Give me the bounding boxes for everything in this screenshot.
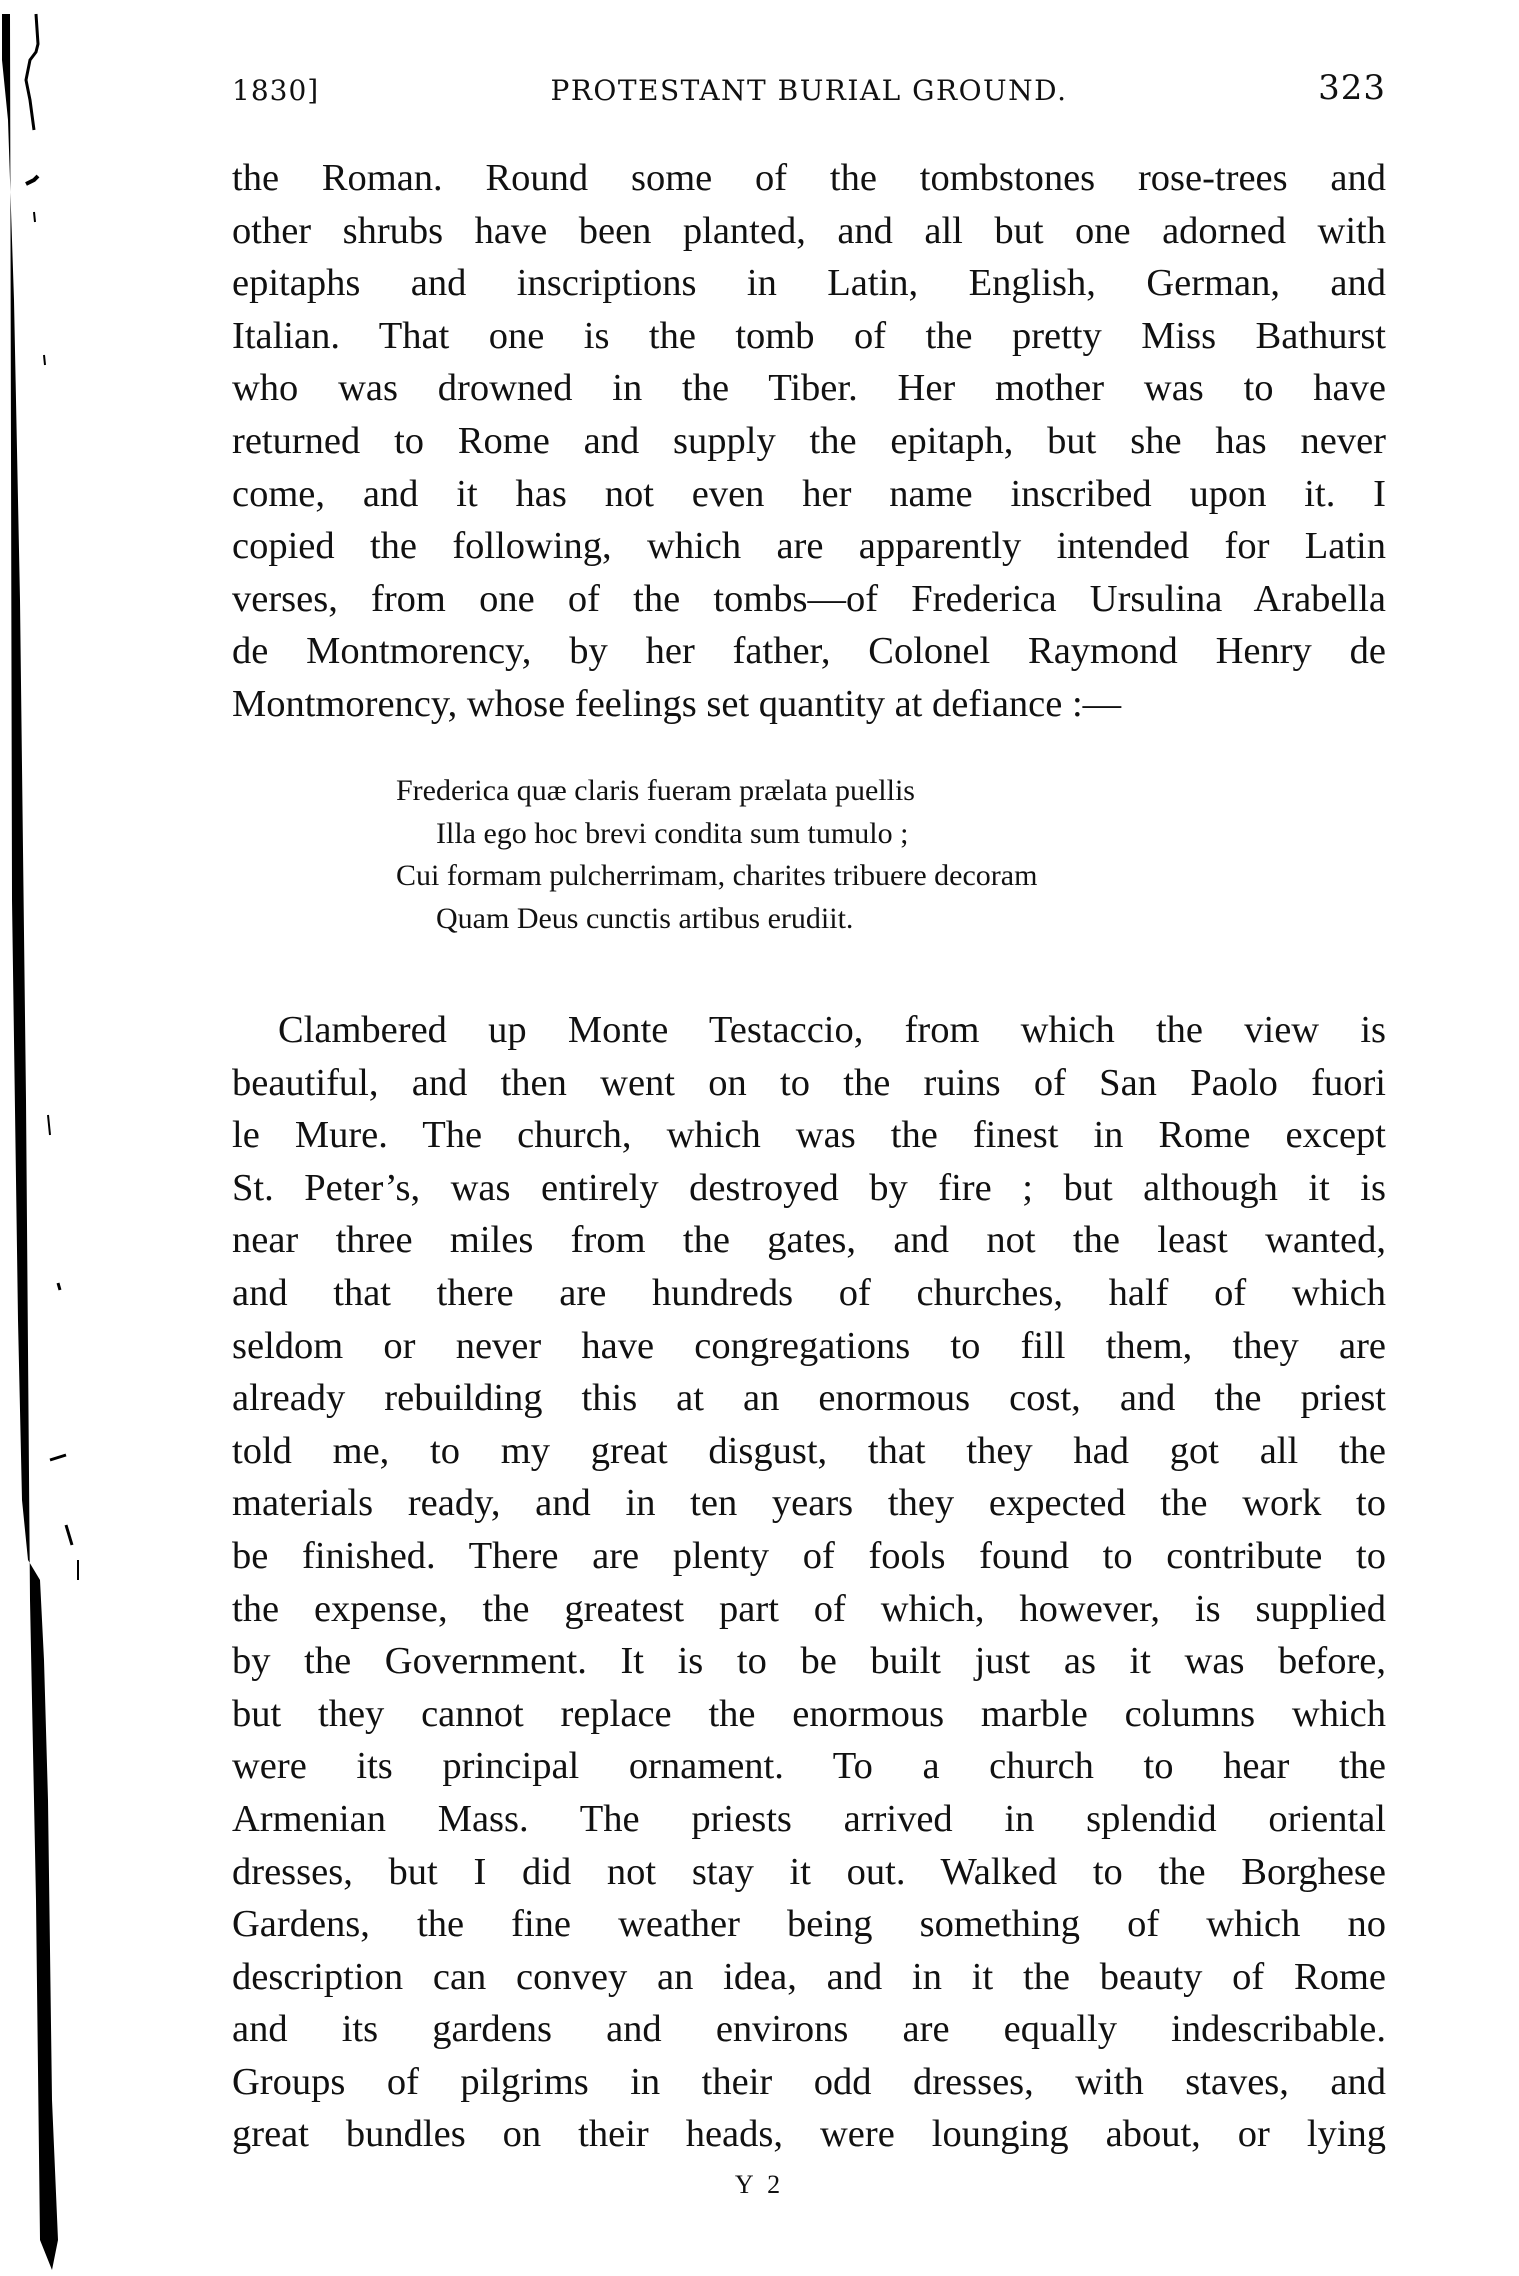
page-number: 323 (1318, 68, 1386, 108)
text-line: the expense, the greatest part of which,… (232, 1583, 1386, 1636)
text-line: told me, to my great disgust, that they … (232, 1425, 1386, 1478)
text-line: le Mure. The church, which was the fines… (232, 1109, 1386, 1162)
text-line: near three miles from the gates, and not… (232, 1214, 1386, 1267)
book-page: 1830] PROTESTANT BURIAL GROUND. 323 the … (0, 0, 1519, 2276)
running-header: 1830] PROTESTANT BURIAL GROUND. 323 (232, 66, 1386, 116)
text-line: Italian. That one is the tomb of the pre… (232, 310, 1386, 363)
latin-epitaph-verse: Frederica quæ claris fueram prælata puel… (396, 770, 1037, 940)
text-line: the Roman. Round some of the tombstones … (232, 152, 1386, 205)
text-line: returned to Rome and supply the epitaph,… (232, 415, 1386, 468)
paragraph-protestant-burial-ground: the Roman. Round some of the tombstones … (232, 152, 1386, 731)
text-line: other shrubs have been planted, and all … (232, 205, 1386, 258)
verse-line: Cui formam pulcherrimam, charites tribue… (396, 855, 1037, 898)
text-line: Clambered up Monte Testaccio, from which… (232, 1004, 1386, 1057)
text-line: Armenian Mass. The priests arrived in sp… (232, 1793, 1386, 1846)
text-line: Gardens, the fine weather being somethin… (232, 1898, 1386, 1951)
verse-line: Quam Deus cunctis artibus erudiit. (396, 898, 1037, 941)
text-line: but they cannot replace the enormous mar… (232, 1688, 1386, 1741)
text-line: copied the following, which are apparent… (232, 520, 1386, 573)
text-line: description can convey an idea, and in i… (232, 1951, 1386, 2004)
text-line: de Montmorency, by her father, Colonel R… (232, 625, 1386, 678)
paragraph-monte-testaccio: Clambered up Monte Testaccio, from which… (232, 1004, 1386, 2161)
text-line: were its principal ornament. To a church… (232, 1740, 1386, 1793)
text-line: seldom or never have congregations to fi… (232, 1320, 1386, 1373)
text-line: St. Peter’s, was entirely destroyed by f… (232, 1162, 1386, 1215)
text-line: epitaphs and inscriptions in Latin, Engl… (232, 257, 1386, 310)
running-title: PROTESTANT BURIAL GROUND. (232, 74, 1386, 107)
text-line: be finished. There are plenty of fools f… (232, 1530, 1386, 1583)
text-line: come, and it has not even her name inscr… (232, 468, 1386, 521)
text-line: already rebuilding this at an enormous c… (232, 1372, 1386, 1425)
text-line: who was drowned in the Tiber. Her mother… (232, 362, 1386, 415)
text-line: and that there are hundreds of churches,… (232, 1267, 1386, 1320)
verse-line: Frederica quæ claris fueram prælata puel… (396, 770, 1037, 813)
verse-line: Illa ego hoc brevi condita sum tumulo ; (396, 813, 1037, 856)
text-line: verses, from one of the tombs—of Frederi… (232, 573, 1386, 626)
text-line: Groups of pilgrims in their odd dresses,… (232, 2056, 1386, 2109)
scan-binding-edge (0, 0, 80, 2276)
signature-mark: Y 2 (0, 2170, 1519, 2200)
text-line: Montmorency, whose feelings set quantity… (232, 678, 1386, 731)
text-line: by the Government. It is to be built jus… (232, 1635, 1386, 1688)
text-line: beautiful, and then went on to the ruins… (232, 1057, 1386, 1110)
text-line: dresses, but I did not stay it out. Walk… (232, 1846, 1386, 1899)
text-line: and its gardens and environs are equally… (232, 2003, 1386, 2056)
text-line: materials ready, and in ten years they e… (232, 1477, 1386, 1530)
text-line: great bundles on their heads, were loung… (232, 2108, 1386, 2161)
